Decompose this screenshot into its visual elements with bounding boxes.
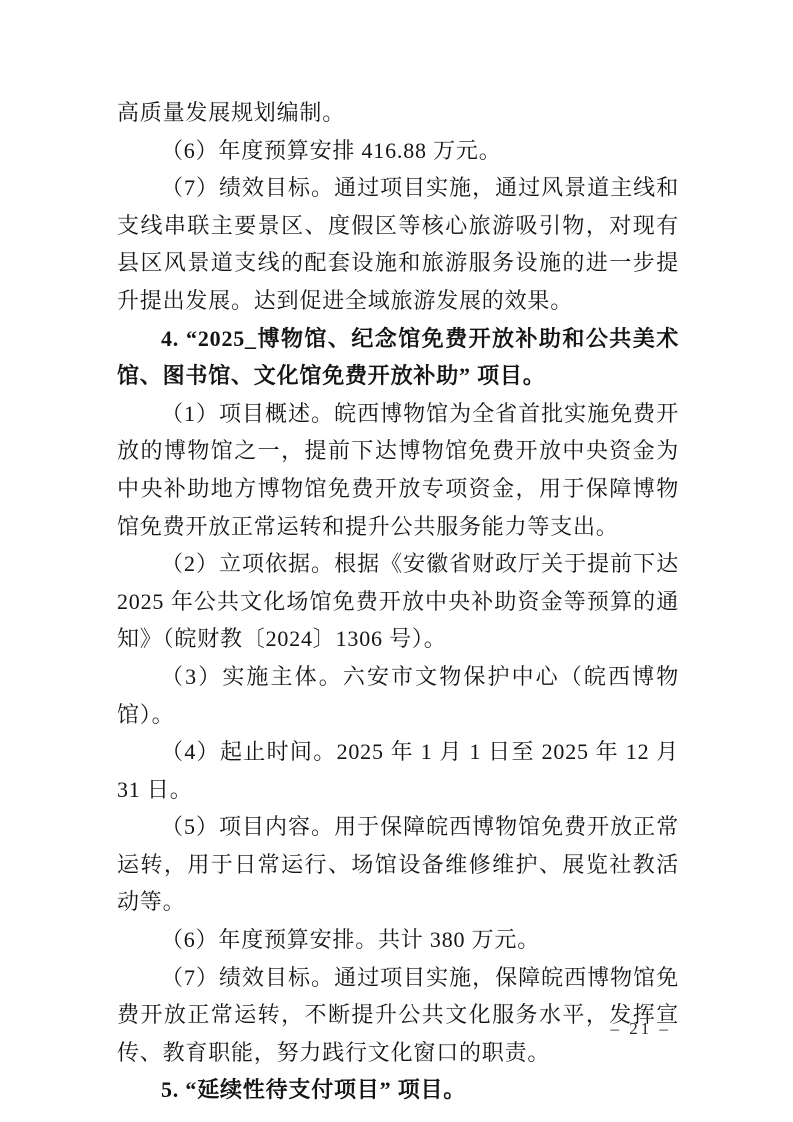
paragraph-performance-item-7: （7）绩效目标。通过项目实施，通过风景道主线和支线串联主要景区、度假区等核心旅游… <box>117 169 679 319</box>
paragraph-budget-item-6: （6）年度预算安排 416.88 万元。 <box>117 132 679 170</box>
paragraph-content-item-5: （5）项目内容。用于保障皖西博物馆免费开放正常运转，用于日常运行、场馆设备维修维… <box>117 808 679 921</box>
page-number: – 21 – <box>611 1019 672 1039</box>
paragraph-basis-item-2: （2）立项依据。根据《安徽省财政厅关于提前下达 2025 年公共文化场馆免费开放… <box>117 545 679 658</box>
paragraph-dates-item-4: （4）起止时间。2025 年 1 月 1 日至 2025 年 12 月 31 日… <box>117 733 679 808</box>
paragraph-performance2-item-7: （7）绩效目标。通过项目实施，保障皖西博物馆免费开放正常运转，不断提升公共文化服… <box>117 959 679 1072</box>
section-heading-4: 4. “2025_博物馆、纪念馆免费开放补助和公共美术馆、图书馆、文化馆免费开放… <box>117 320 679 395</box>
paragraph-entity-item-3: （3）实施主体。六安市文物保护中心（皖西博物馆）。 <box>117 658 679 733</box>
paragraph-budget2-item-6: （6）年度预算安排。共计 380 万元。 <box>117 921 679 959</box>
paragraph-continued: 高质量发展规划编制。 <box>117 94 679 132</box>
document-page: 高质量发展规划编制。 （6）年度预算安排 416.88 万元。 （7）绩效目标。… <box>0 0 793 1122</box>
section-heading-5: 5. “延续性待支付项目” 项目。 <box>117 1071 679 1109</box>
document-body: 高质量发展规划编制。 （6）年度预算安排 416.88 万元。 （7）绩效目标。… <box>117 94 679 1109</box>
paragraph-overview-item-1: （1）项目概述。皖西博物馆为全省首批实施免费开放的博物馆之一，提前下达博物馆免费… <box>117 395 679 545</box>
